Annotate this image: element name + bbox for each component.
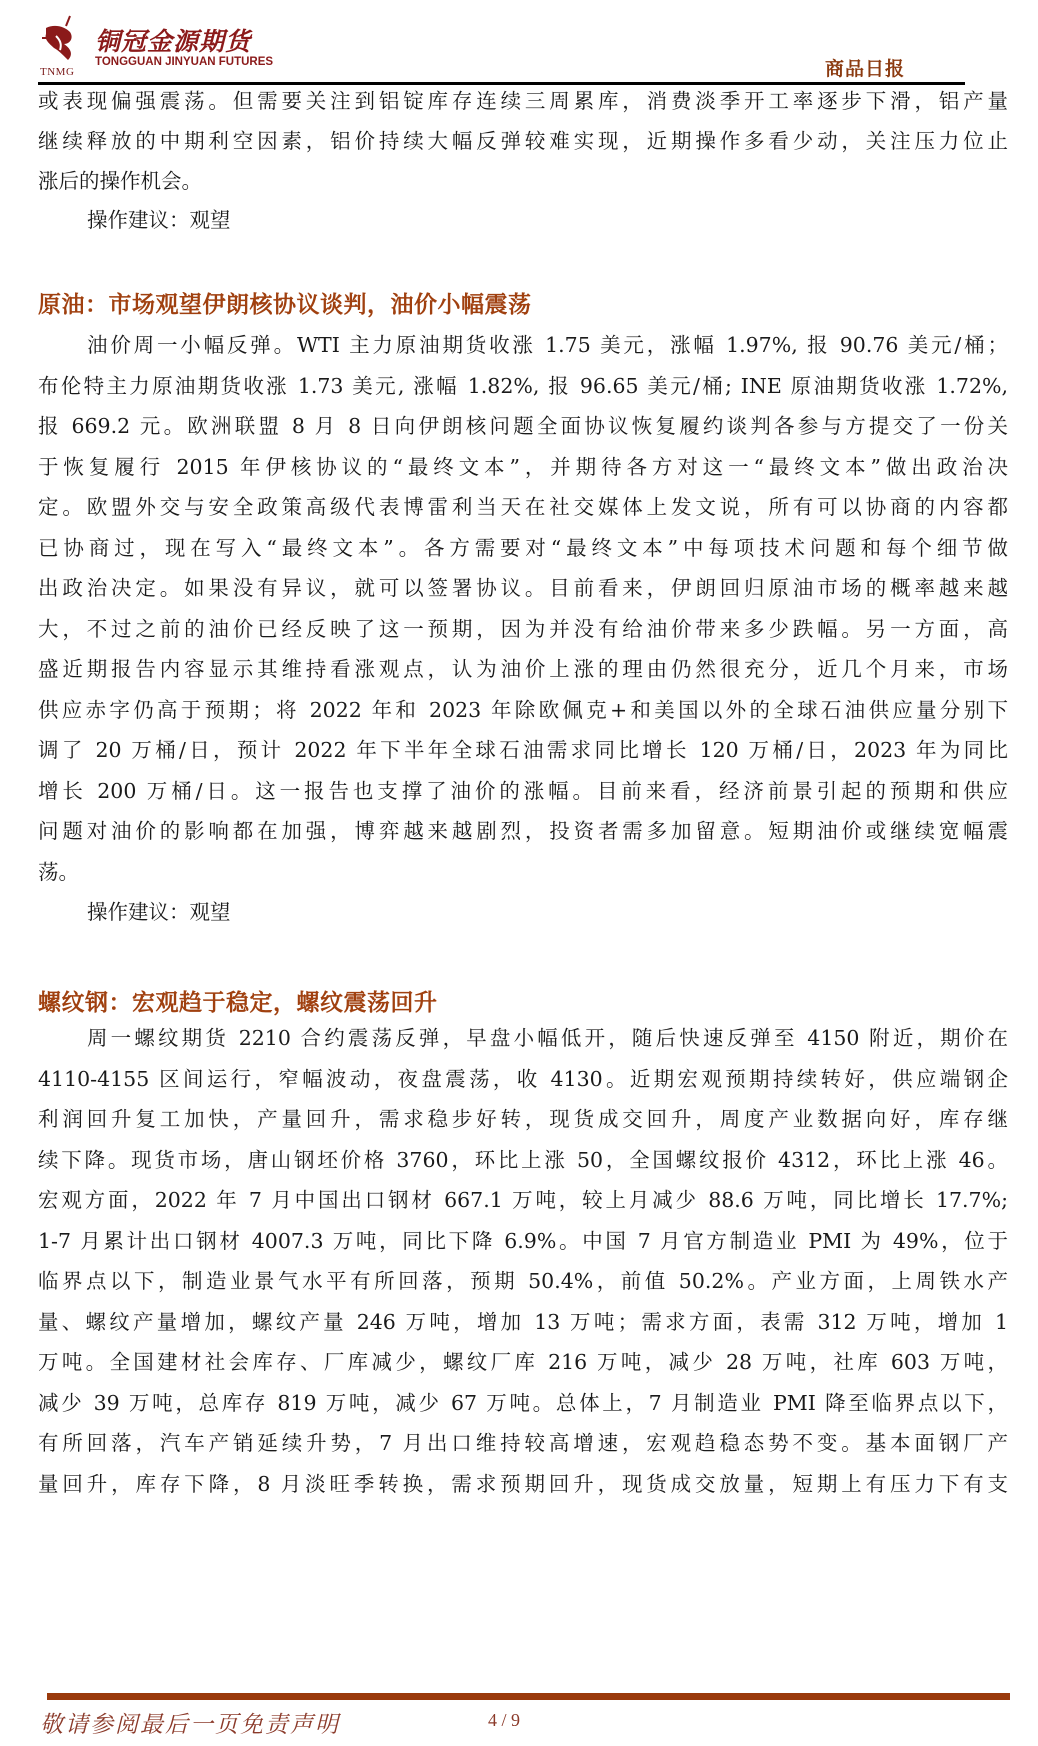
paragraph-line: 量回升，库存下降，8 月淡旺季转换，需求预期回升，现货成交放量，短期上有压力下有… [38,1469,1008,1499]
paragraph-line: 或表现偏强震荡。但需要关注到铝锭库存连续三周累库，消费淡季开工率逐步下滑，铝产量 [38,86,1008,116]
paragraph-line: 万吨。全国建材社会库存、厂库减少，螺纹厂库 216 万吨，减少 28 万吨，社库… [38,1347,1008,1377]
paragraph-line: 问题对油价的影响都在加强，博弈越来越剧烈，投资者需多加留意。短期油价或继续宽幅震 [38,816,1008,846]
company-name-cn: 铜冠金源期货 [95,22,251,58]
paragraph-line: 减少 39 万吨，总库存 819 万吨，减少 67 万吨。总体上，7 月制造业 … [38,1388,1008,1418]
page-number: 4 / 9 [488,1710,520,1731]
paragraph-line: 油价周一小幅反弹。WTI 主力原油期货收涨 1.75 美元，涨幅 1.97%, … [38,330,1008,360]
logo-abbreviation: TNMG [40,66,74,78]
paragraph-line: 周一螺纹期货 2210 合约震荡反弹，早盘小幅低开，随后快速反弹至 4150 附… [38,1023,1008,1053]
paragraph-line: 已协商过，现在写入“最终文本”。各方需要对“最终文本”中每项技术问题和每个细节做 [38,533,1008,563]
section-title-rebar: 螺纹钢：宏观趋于稳定，螺纹震荡回升 [38,984,438,1017]
report-type: 商品日报 [825,54,905,81]
paragraph-line: 报 669.2 元。欧洲联盟 8 月 8 日向伊朗核问题全面协议恢复履约谈判各参… [38,411,1008,441]
paragraph-line: 增长 200 万桶/日。这一报告也支撑了油价的涨幅。目前来看，经济前景引起的预期… [38,776,1008,806]
paragraph-line: 盛近期报告内容显示其维持看涨观点，认为油价上涨的理由仍然很充分，近几个月来，市场 [38,654,1008,684]
company-logo-icon [40,14,86,62]
paragraph-line: 供应赤字仍高于预期；将 2022 年和 2023 年除欧佩克+和美国以外的全球石… [38,695,1008,725]
paragraph-line: 布伦特主力原油期货收涨 1.73 美元, 涨幅 1.82%, 报 96.65 美… [38,371,1008,401]
paragraph-line: 利润回升复工加快，产量回升，需求稳步好转，现货成交回升，周度产业数据向好，库存继 [38,1104,1008,1134]
paragraph-line: 1-7 月累计出口钢材 4007.3 万吨，同比下降 6.9%。中国 7 月官方… [38,1226,1008,1256]
header-divider [38,82,965,85]
disclaimer-note: 敬请参阅最后一页免责声明 [40,1706,340,1739]
paragraph-line: 定。欧盟外交与安全政策高级代表博雷利当天在社交媒体上发文说，所有可以协商的内容都 [38,492,1008,522]
paragraph-line: 宏观方面，2022 年 7 月中国出口钢材 667.1 万吨，较上月减少 88.… [38,1185,1008,1215]
paragraph-line: 续下降。现货市场，唐山钢坯价格 3760，环比上涨 50，全国螺纹报价 4312… [38,1145,1008,1175]
paragraph-line: 4110-4155 区间运行，窄幅波动，夜盘震荡，收 4130。近期宏观预期持续… [38,1064,1008,1094]
paragraph-line: 于恢复履行 2015 年伊核协议的“最终文本”，并期待各方对这一“最终文本”做出… [38,452,1008,482]
paragraph-line: 出政治决定。如果没有异议，就可以签署协议。目前看来，伊朗回归原油市场的概率越来越 [38,573,1008,603]
footer-divider [47,1693,1010,1700]
paragraph-line: 继续释放的中期利空因素，铝价持续大幅反弹较难实现，近期操作多看少动，关注压力位止 [38,126,1008,156]
paragraph-line: 调了 20 万桶/日，预计 2022 年下半年全球石油需求同比增长 120 万桶… [38,735,1008,765]
paragraph-line: 大，不过之前的油价已经反映了这一预期，因为并没有给油价带来多少跌幅。另一方面，高 [38,614,1008,644]
paragraph-line: 有所回落，汽车产销延续升势，7 月出口维持较高增速，宏观趋稳态势不变。基本面钢厂… [38,1428,1008,1458]
section-title-crude-oil: 原油：市场观望伊朗核协议谈判，油价小幅震荡 [38,286,532,319]
aluminum-advice: 操作建议：观望 [87,205,231,235]
paragraph-line: 临界点以下，制造业景气水平有所回落，预期 50.4%，前值 50.2%。产业方面… [38,1266,1008,1296]
crude-oil-advice: 操作建议：观望 [87,897,231,927]
paragraph-line: 荡。 [38,857,1008,887]
paragraph-line: 量、螺纹产量增加，螺纹产量 246 万吨，增加 13 万吨；需求方面，表需 31… [38,1307,1008,1337]
page-header: TNMG 铜冠金源期货 TONGGUAN JINYUAN FUTURES 商品日… [0,0,1038,90]
paragraph-line: 涨后的操作机会。 [38,166,1008,196]
company-name-en: TONGGUAN JINYUAN FUTURES [95,56,273,68]
